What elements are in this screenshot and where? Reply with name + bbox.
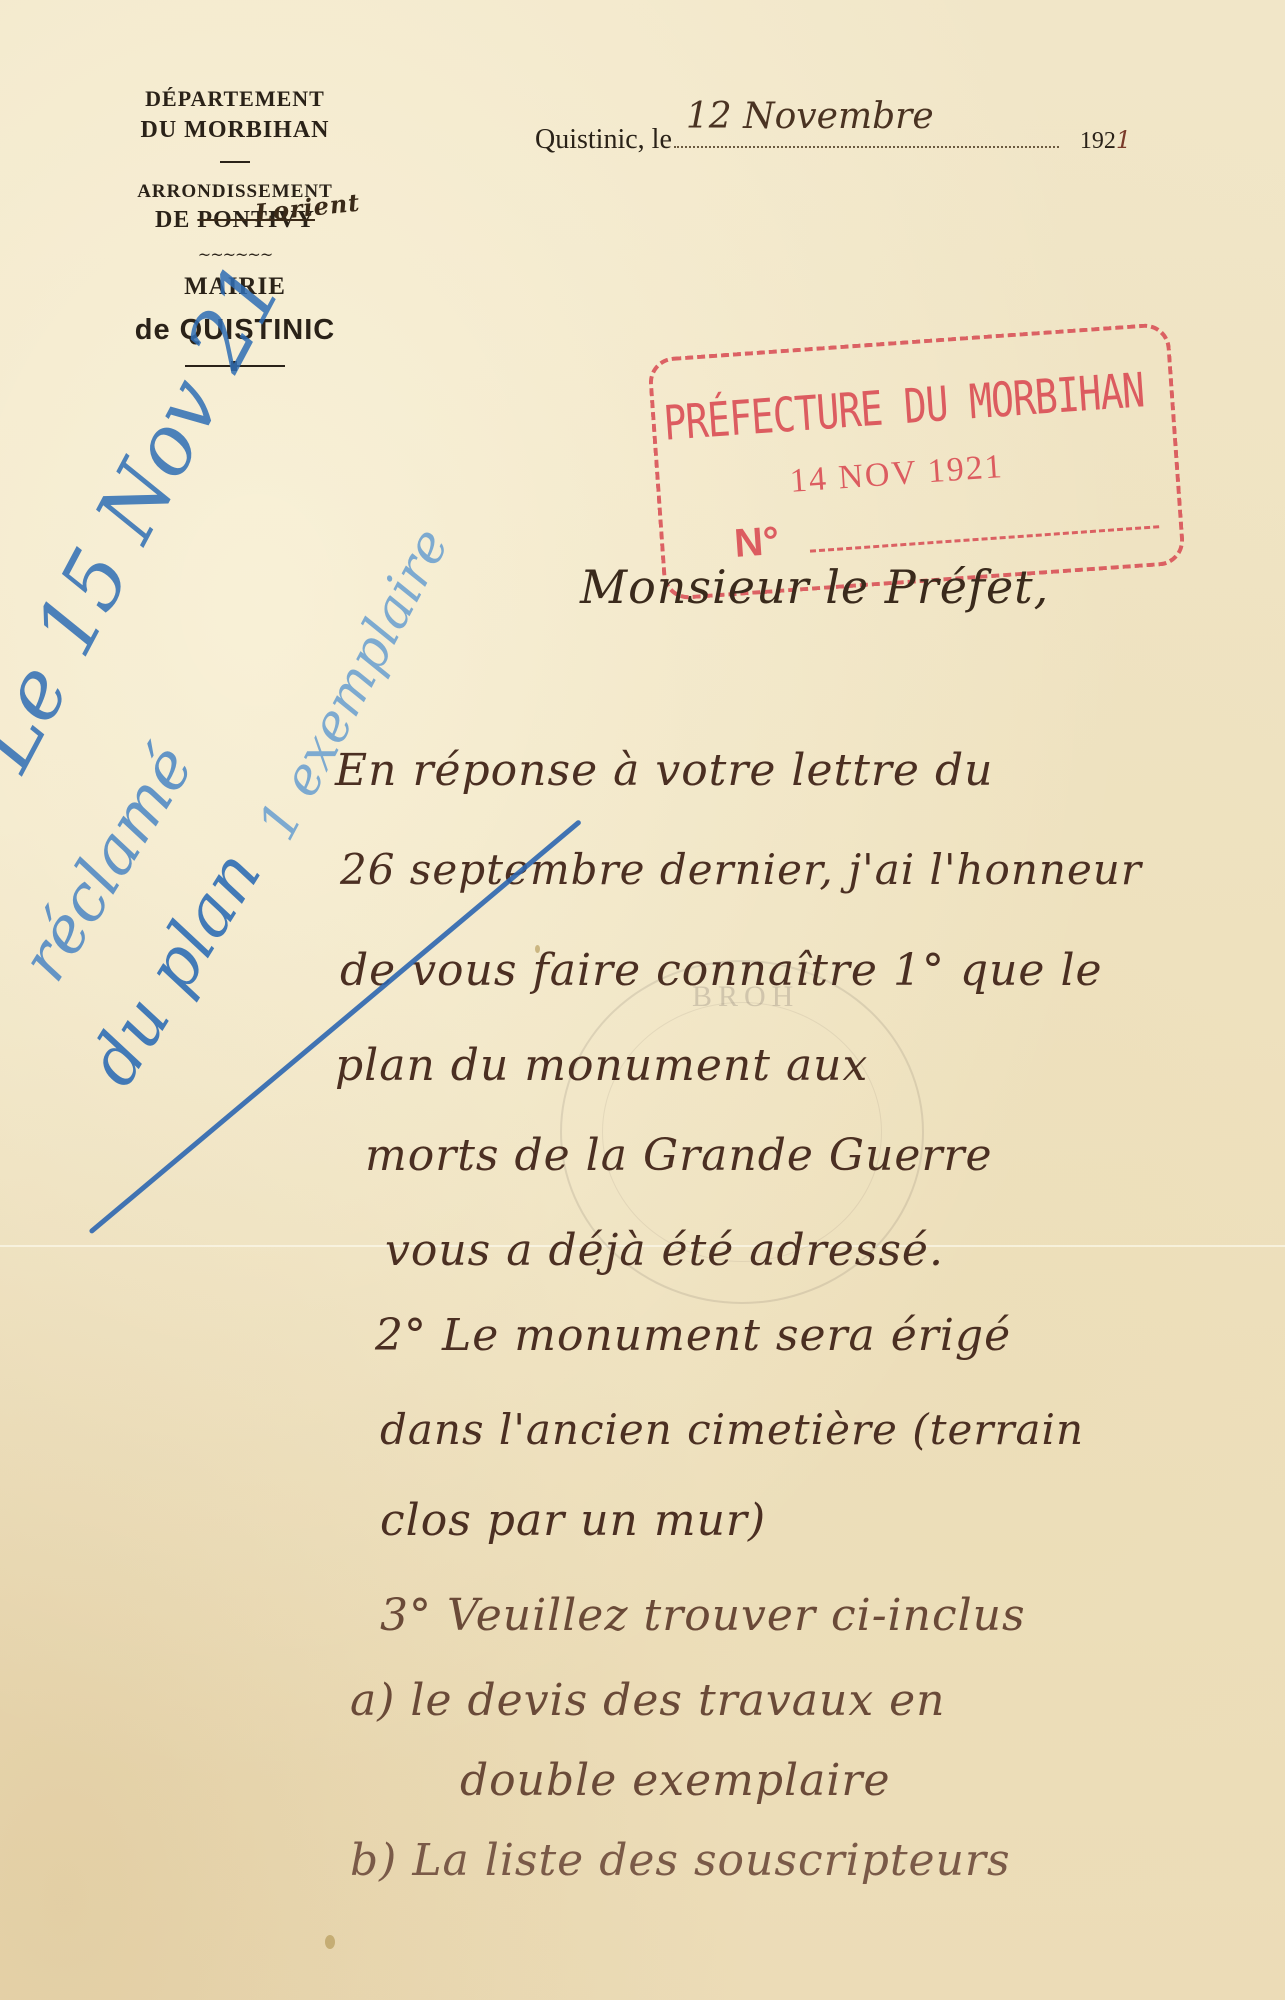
body-line: 3° Veuillez trouver ci-inclus bbox=[380, 1590, 1026, 1641]
arrondissement-name: DE PONTIVY Lorient bbox=[95, 206, 375, 235]
dateline: Quistinic, le12 Novembre 1921 bbox=[535, 122, 1195, 156]
salutation: Monsieur le Préfet, bbox=[580, 560, 1049, 614]
body-line: plan du monument aux bbox=[335, 1040, 868, 1091]
dateline-fill: 12 Novembre bbox=[674, 122, 1059, 148]
body-line: b) La liste des souscripteurs bbox=[350, 1835, 1011, 1886]
body-line: a) le devis des travaux en bbox=[350, 1675, 946, 1726]
body-line: clos par un mur) bbox=[380, 1495, 766, 1546]
divider-dash bbox=[220, 161, 250, 163]
body-line: vous a déjà été adressé. bbox=[385, 1225, 944, 1276]
dateline-year: 1921 bbox=[1080, 128, 1131, 154]
dateline-year-printed: 192 bbox=[1080, 128, 1116, 154]
dateline-place: Quistinic, le bbox=[535, 124, 672, 155]
department-name: DU MORBIHAN bbox=[95, 116, 375, 145]
paper-stain bbox=[325, 1935, 335, 1949]
body-line: de vous faire connaître 1° que le bbox=[340, 945, 1103, 996]
body-line: 2° Le monument sera érigé bbox=[375, 1310, 1011, 1361]
stamp-date: 14 NOV 1921 bbox=[789, 448, 1005, 501]
body-line: double exemplaire bbox=[460, 1755, 891, 1806]
stamp-title: PRÉFECTURE DU MORBIHAN bbox=[662, 363, 1146, 451]
dateline-year-handwritten: 1 bbox=[1116, 126, 1131, 154]
body-line: En réponse à votre lettre du bbox=[335, 745, 993, 796]
department-line: DÉPARTEMENT bbox=[95, 86, 375, 112]
stamp-number-line bbox=[810, 525, 1159, 552]
dateline-handwritten-date: 12 Novembre bbox=[686, 96, 934, 137]
body-line: morts de la Grande Guerre bbox=[365, 1130, 993, 1181]
body-line: 26 septembre dernier, j'ai l'honneur bbox=[340, 845, 1142, 894]
arrondissement-prefix: DE bbox=[155, 207, 190, 233]
body-line: dans l'ancien cimetière (terrain bbox=[380, 1405, 1084, 1454]
